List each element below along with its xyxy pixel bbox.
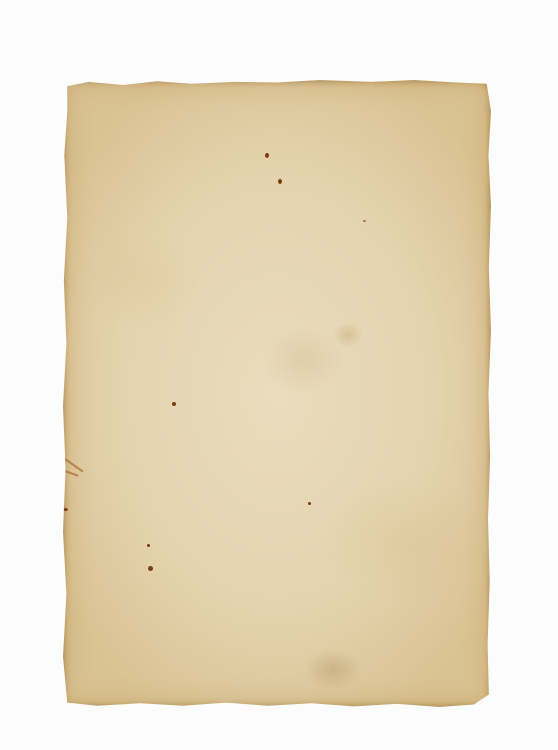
stain-speck (265, 153, 269, 158)
rust-streak (65, 470, 79, 477)
stain-speck (278, 179, 282, 184)
stain-speck (172, 402, 176, 406)
stain-speck (308, 502, 311, 505)
aged-paper-card (63, 80, 491, 707)
stain-speck (148, 566, 153, 571)
stain-speck (147, 544, 150, 547)
stain-speck (363, 220, 366, 222)
stain-speck (63, 508, 68, 511)
